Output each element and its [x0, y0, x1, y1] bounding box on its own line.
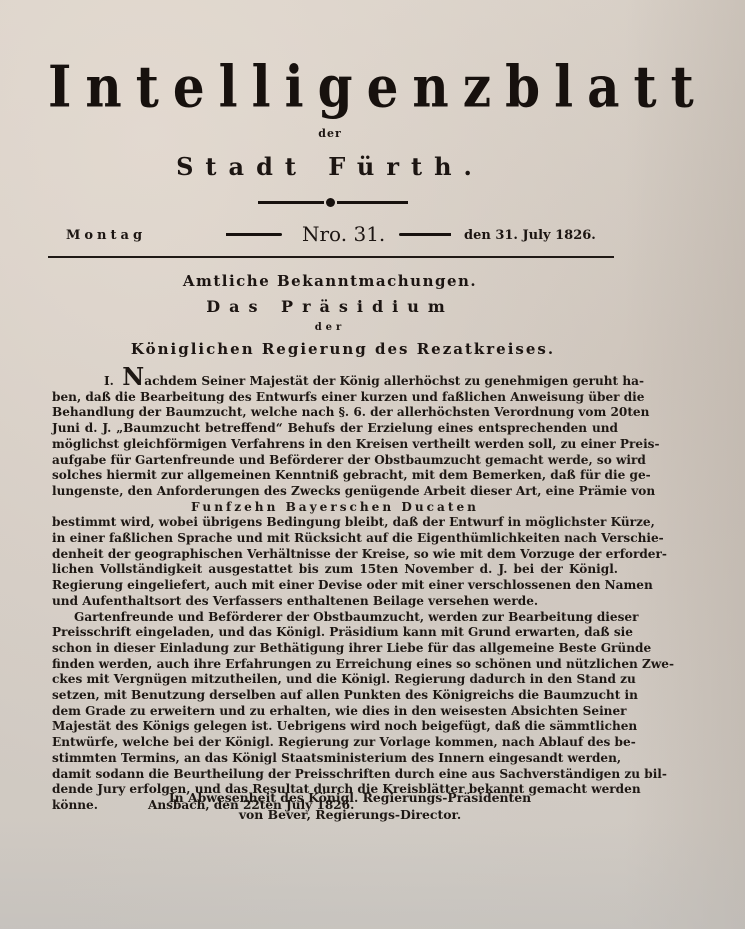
issue-number: Nro. 31.	[302, 222, 385, 246]
article-line: setzen, mit Benutzung derselben auf alle…	[52, 688, 618, 704]
page-fold	[0, 819, 745, 929]
signature-line-1: In Abwesenheit des Königl. Regierungs-Pr…	[0, 790, 700, 805]
rule-right	[399, 233, 451, 236]
issuer-line-3: Königlichen Regierung des Rezatkreises.	[128, 340, 558, 358]
article-line: bestimmt wird, wobei übrigens Bedingung …	[52, 515, 618, 531]
article-number: I.	[104, 374, 114, 388]
title-ornament	[258, 198, 408, 206]
issuer-line-2: der	[0, 322, 660, 333]
signature-line-2: von Bever, Regierungs-Director.	[0, 807, 700, 822]
article-line: Regierung eingeliefert, auch mit einer D…	[52, 578, 618, 594]
prize-amount: Funfzehn Bayerschen Ducaten	[52, 500, 618, 516]
article-line: dem Grade zu erweitern und zu erhalten, …	[52, 704, 618, 720]
article-line: Behandlung der Baumzucht, welche nach §.…	[52, 405, 618, 421]
article-line: stimmten Termins, an das Königl Staatsmi…	[52, 751, 618, 767]
drop-initial: N	[122, 362, 144, 391]
article-line: Majestät des Königs gelegen ist. Uebrige…	[52, 719, 618, 735]
newspaper-title: Intelligenzblatt	[48, 58, 618, 116]
article-line: finden werden, auch ihre Erfahrungen zu …	[52, 657, 618, 673]
article-line: möglichst gleichförmigen Verfahrens in d…	[52, 437, 618, 453]
article-line: schon in dieser Einladung zur Bethätigun…	[52, 641, 618, 657]
article-line: I. Nachdem Seiner Majestät der König all…	[52, 372, 618, 390]
article-line: in einer faßlichen Sprache und mit Rücks…	[52, 531, 618, 547]
issue-date: den 31. July 1826.	[464, 228, 596, 243]
title-connector: der	[0, 127, 660, 140]
article-line: ckes mit Vergnügen mitzutheilen, und die…	[52, 672, 618, 688]
issuer-line-1: Das Präsidium	[0, 297, 660, 316]
issue-info-row: Montag Nro. 31. den 31. July 1826.	[66, 222, 614, 248]
city-name: Stadt Fürth.	[0, 152, 660, 181]
article-line: lungenste, den Anforderungen des Zwecks …	[52, 484, 618, 500]
article-line: und Aufenthaltsort des Verfassers enthal…	[52, 594, 618, 610]
article-line: Juni d. J. „Baumzucht betreffend“ Behufs…	[52, 421, 618, 437]
article-line: Preisschrift eingeladen, und das Königl.…	[52, 625, 618, 641]
article-line: damit sodann die Beurtheilung der Preiss…	[52, 767, 618, 783]
article-line: solches hiermit zur allgemeinen Kenntniß…	[52, 468, 618, 484]
article-body: I. Nachdem Seiner Majestät der König all…	[52, 372, 618, 814]
article-line: Gartenfreunde und Beförderer der Obstbau…	[52, 610, 618, 626]
article-line: ben, daß die Bearbeitung des Entwurfs ei…	[52, 390, 618, 406]
header-divider	[48, 256, 614, 258]
issue-weekday: Montag	[66, 228, 146, 243]
article-line: denheit der geographischen Verhältnisse …	[52, 547, 618, 563]
article-line: aufgabe für Gartenfreunde und Beförderer…	[52, 453, 618, 469]
article-line: lichen Vollständigkeit ausgestattet bis …	[52, 562, 618, 578]
section-title: Amtliche Bekanntmachungen.	[0, 272, 660, 290]
article-line: Entwürfe, welche bei der Königl. Regieru…	[52, 735, 618, 751]
rule-left	[226, 233, 282, 236]
